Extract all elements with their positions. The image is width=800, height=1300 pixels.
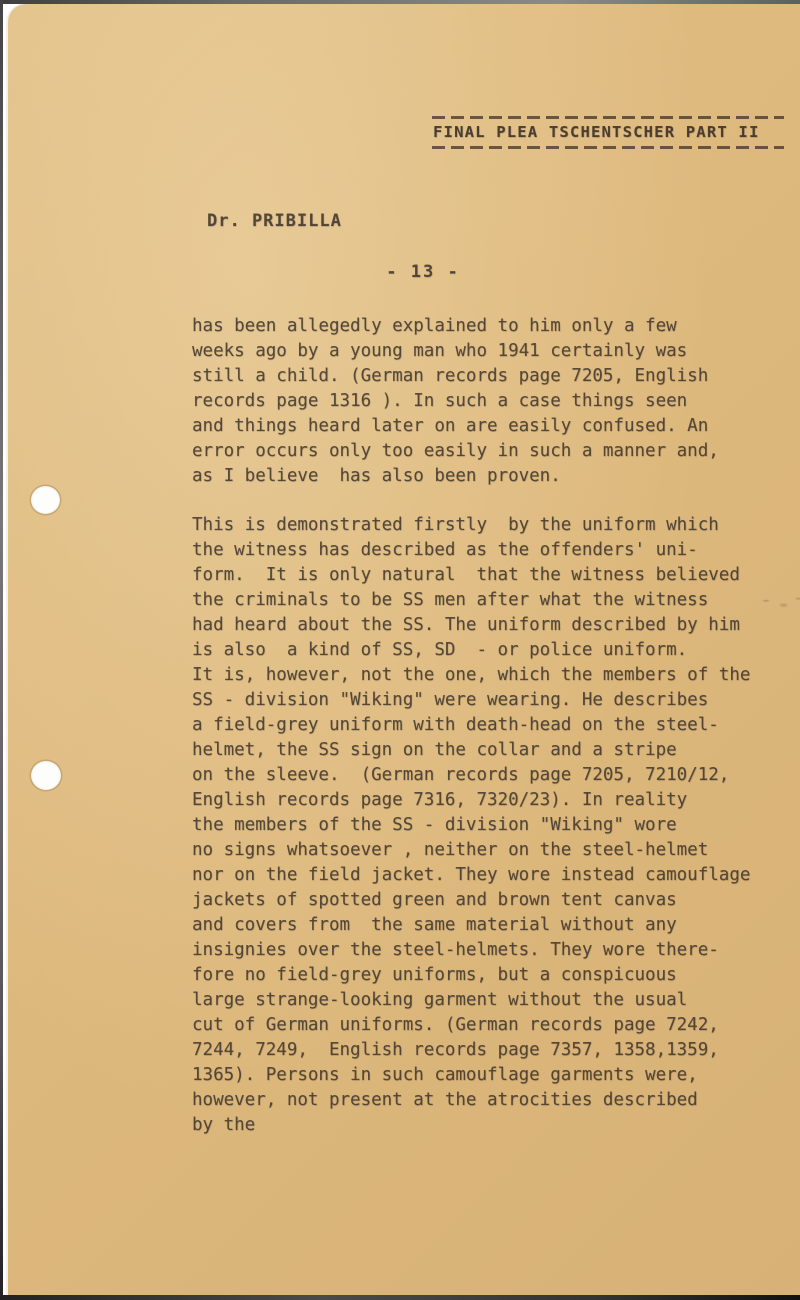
- scan-edge-left: [0, 0, 3, 1300]
- header-stamp-text: FINAL PLEA TSCHENTSCHER PART II: [432, 121, 784, 144]
- text-line: a field-grey uniform with death-head on …: [192, 713, 794, 738]
- paragraph-2: This is demonstrated firstly by the unif…: [192, 513, 794, 1138]
- text-line: helmet, the SS sign on the collar and a …: [192, 738, 794, 763]
- text-line: by the: [192, 1113, 794, 1138]
- stamp-top-rule: [432, 116, 784, 119]
- text-line: on the sleeve. (German records page 7205…: [192, 763, 794, 788]
- text-line: large strange-looking garment without th…: [192, 988, 794, 1013]
- paragraph-1: has been allegedly explained to him only…: [192, 314, 794, 489]
- text-line: SS - division "Wiking" were wearing. He …: [192, 688, 794, 713]
- text-line: fore no field-grey uniforms, but a consp…: [192, 963, 794, 988]
- text-line: 1365). Persons in such camouflage garmen…: [192, 1063, 794, 1088]
- paper-sheet: FINAL PLEA TSCHENTSCHER PART II Dr. PRIB…: [8, 4, 800, 1296]
- document-body: has been allegedly explained to him only…: [192, 314, 794, 1138]
- hole-punch-bottom: [31, 761, 61, 790]
- text-line: however, not present at the atrocities d…: [192, 1088, 794, 1113]
- text-line: and covers from the same material withou…: [192, 913, 794, 938]
- text-line: cut of German uniforms. (German records …: [192, 1013, 794, 1038]
- page-number: - 13 -: [363, 262, 483, 282]
- text-line: form. It is only natural that the witnes…: [192, 563, 794, 588]
- stamp-bottom-rule: [432, 146, 784, 149]
- text-line: no signs whatsoever , neither on the ste…: [192, 838, 794, 863]
- scan-edge-top: [0, 0, 800, 4]
- text-line: weeks ago by a young man who 1941 certai…: [192, 339, 794, 364]
- text-line: the members of the SS - division "Wiking…: [192, 813, 794, 838]
- scanned-page: FINAL PLEA TSCHENTSCHER PART II Dr. PRIB…: [0, 0, 800, 1300]
- text-line: as I believe has also been proven.: [192, 464, 794, 489]
- text-line: the witness has described as the offende…: [192, 538, 794, 563]
- text-line: English records page 7316, 7320/23). In …: [192, 788, 794, 813]
- text-line: and things heard later on are easily con…: [192, 414, 794, 439]
- text-line: still a child. (German records page 7205…: [192, 364, 794, 389]
- text-line: jackets of spotted green and brown tent …: [192, 888, 794, 913]
- text-line: has been allegedly explained to him only…: [192, 314, 794, 339]
- scan-edge-bottom: [0, 1295, 800, 1300]
- text-line: had heard about the SS. The uniform desc…: [192, 613, 794, 638]
- text-line: nor on the field jacket. They wore inste…: [192, 863, 794, 888]
- pencil-smudge: [756, 592, 800, 614]
- text-line: This is demonstrated firstly by the unif…: [192, 513, 794, 538]
- author-name: Dr. PRIBILLA: [207, 211, 342, 231]
- text-line: the criminals to be SS men after what th…: [192, 588, 794, 613]
- header-stamp: FINAL PLEA TSCHENTSCHER PART II: [432, 114, 784, 151]
- text-line: is also a kind of SS, SD - or police uni…: [192, 638, 794, 663]
- text-line: error occurs only too easily in such a m…: [192, 439, 794, 464]
- text-line: 7244, 7249, English records page 7357, 1…: [192, 1038, 794, 1063]
- hole-punch-top: [31, 486, 60, 514]
- text-line: records page 1316 ). In such a case thin…: [192, 389, 794, 414]
- text-line: insignies over the steel-helmets. They w…: [192, 938, 794, 963]
- text-line: It is, however, not the one, which the m…: [192, 663, 794, 688]
